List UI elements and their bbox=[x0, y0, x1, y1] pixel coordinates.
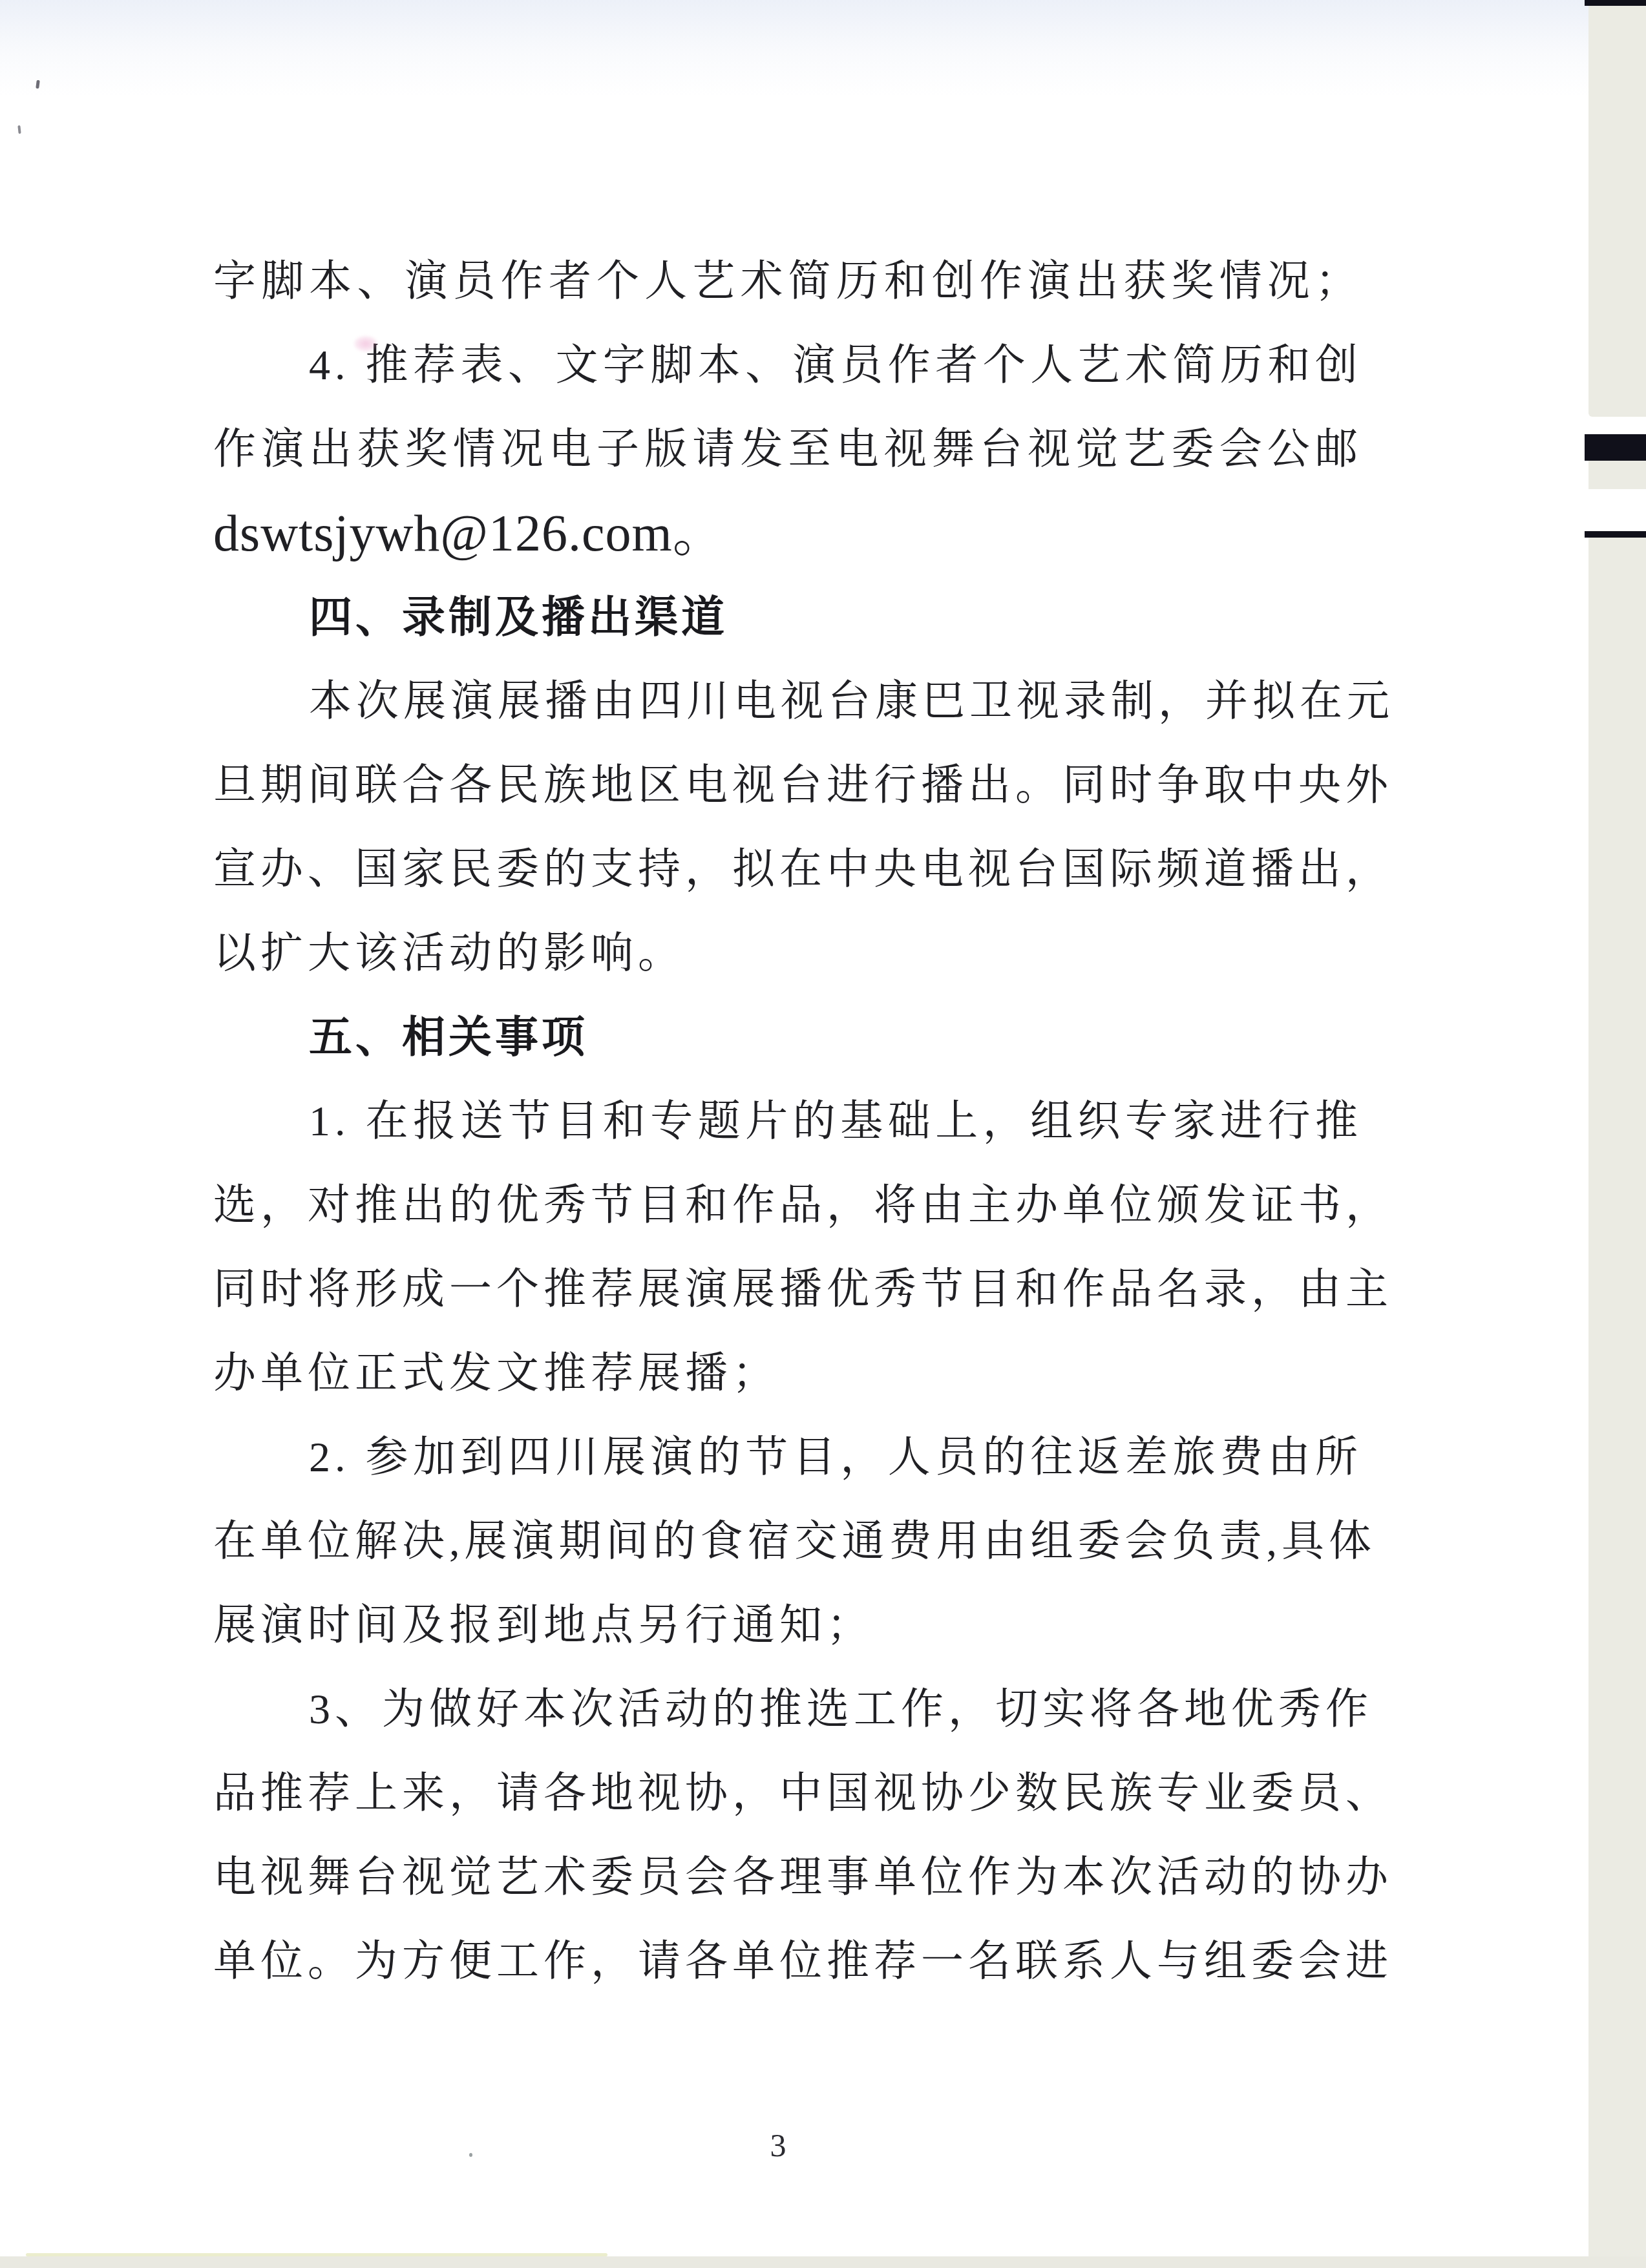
text-line: 电视舞台视觉艺术委员会各理事单位作为本次活动的协办 bbox=[213, 1836, 1362, 1920]
scanner-strip-top bbox=[1588, 0, 1646, 417]
scanner-strip-middle bbox=[1588, 461, 1646, 489]
text-line: 旦期间联合各民族地区电视台进行播出。同时争取中央外 bbox=[213, 744, 1362, 828]
scan-speck bbox=[17, 125, 21, 134]
text-line: 品推荐上来，请各地视协，中国视协少数民族专业委员、 bbox=[213, 1752, 1362, 1836]
pink-scan-smudge bbox=[354, 336, 377, 352]
text-line: 1. 在报送节目和专题片的基础上，组织专家进行推 bbox=[213, 1080, 1362, 1164]
scanner-strip-bottom bbox=[1588, 538, 1646, 2268]
text-line: 4. 推荐表、文字脚本、演员作者个人艺术简历和创 bbox=[213, 324, 1362, 408]
text-line: 宣办、国家民委的支持，拟在中央电视台国际频道播出， bbox=[213, 828, 1362, 912]
text-line: 作演出获奖情况电子版请发至电视舞台视觉艺委会公邮 bbox=[213, 408, 1362, 492]
scan-speck bbox=[36, 80, 40, 89]
scanned-document-page: { "document": { "kind": "scanned officia… bbox=[0, 0, 1646, 2268]
page-number: 3 bbox=[757, 2126, 799, 2165]
scan-top-shading bbox=[0, 0, 1646, 97]
scanner-black-bar-lower bbox=[1585, 531, 1646, 538]
text-line: 展演时间及报到地点另行通知； bbox=[213, 1584, 1362, 1668]
text-line: 以扩大该活动的影响。 bbox=[213, 912, 1362, 996]
scanner-bottom-band bbox=[0, 2256, 1646, 2268]
text-line: 3、为做好本次活动的推选工作，切实将各地优秀作 bbox=[213, 1668, 1362, 1752]
scan-speck bbox=[469, 2153, 472, 2157]
text-line: 同时将形成一个推荐展演展播优秀节目和作品名录，由主 bbox=[213, 1248, 1362, 1332]
text-line: 选，对推出的优秀节目和作品，将由主办单位颁发证书， bbox=[213, 1164, 1362, 1248]
text-line: 单位。为方便工作，请各单位推荐一名联系人与组委会进 bbox=[213, 1920, 1362, 2004]
document-text-block: 字脚本、演员作者个人艺术简历和创作演出获奖情况； 4. 推荐表、文字脚本、演员作… bbox=[213, 240, 1362, 2004]
text-line: 2. 参加到四川展演的节目，人员的往返差旅费由所 bbox=[213, 1416, 1362, 1500]
text-line: 本次展演展播由四川电视台康巴卫视录制，并拟在元 bbox=[213, 660, 1362, 744]
text-line: 办单位正式发文推荐展播； bbox=[213, 1332, 1362, 1416]
scanner-black-bar-top bbox=[1585, 0, 1646, 6]
section-heading: 四、录制及播出渠道 bbox=[213, 576, 1362, 660]
text-line: 字脚本、演员作者个人艺术简历和创作演出获奖情况； bbox=[213, 240, 1362, 324]
text-line: 在单位解决,展演期间的食宿交通费用由组委会负责,具体 bbox=[213, 1500, 1362, 1584]
scanner-black-bar-upper bbox=[1585, 434, 1646, 461]
email-line: dswtsjywh@126.com。 bbox=[213, 492, 1362, 576]
scanner-bottom-tint bbox=[26, 2253, 607, 2256]
section-heading: 五、相关事项 bbox=[213, 996, 1362, 1080]
